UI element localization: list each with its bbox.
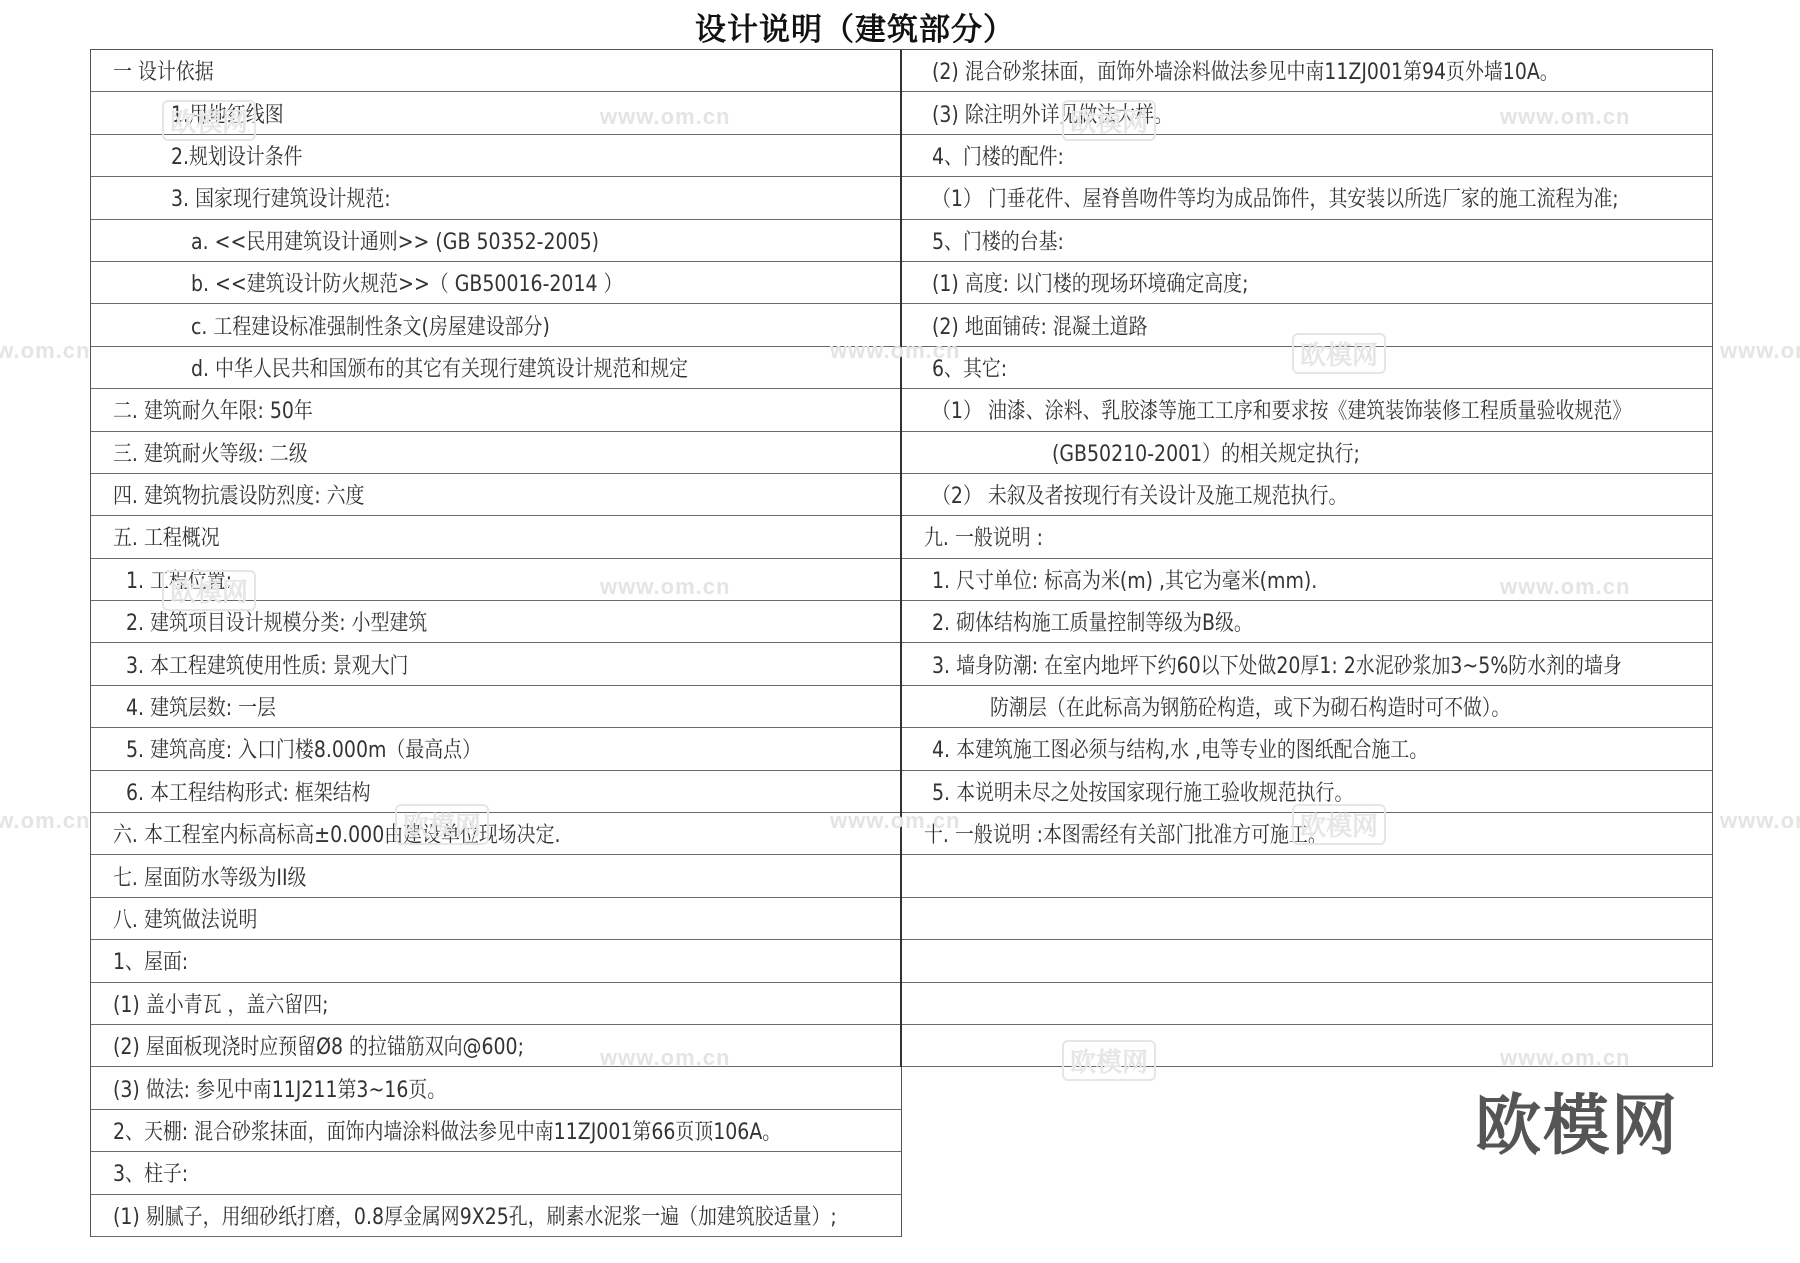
- watermark-url: www.om.cn: [1720, 338, 1800, 364]
- spec-row: 4、门楼的配件:: [902, 135, 1712, 177]
- spec-row-text: 1. 工程位置:: [126, 564, 232, 595]
- spec-row: c. 工程建设标准强制性条文(房屋建设部分): [91, 304, 901, 346]
- spec-row: [902, 940, 1712, 982]
- spec-row: (1) 剔腻子，用细砂纸打磨，0.8厚金属网9X25孔，刷素水泥浆一遍（加建筑胶…: [91, 1195, 901, 1237]
- spec-row: 2、天棚: 混合砂浆抹面，面饰内墙涂料做法参见中南11ZJ001第66页顶106…: [91, 1110, 901, 1152]
- spec-row: （2） 未叙及者按现行有关设计及施工规范执行。: [902, 474, 1712, 516]
- spec-row: 一 设计依据: [91, 50, 901, 92]
- spec-row-text: 6、其它:: [932, 352, 1007, 383]
- watermark-url: www.om.cn: [0, 808, 90, 834]
- spec-row: (GB50210-2001）的相关规定执行;: [902, 432, 1712, 474]
- spec-row: 防潮层（在此标高为钢筋砼构造，或下为砌石构造时可不做）。: [902, 686, 1712, 728]
- spec-row-text: 六. 本工程室内标高标高±0.000由建设单位现场决定.: [113, 818, 561, 849]
- spec-row-text: 防潮层（在此标高为钢筋砼构造，或下为砌石构造时可不做）。: [990, 691, 1510, 722]
- spec-row-text: 4、门楼的配件:: [932, 140, 1064, 171]
- spec-row: 6、其它:: [902, 347, 1712, 389]
- spec-row: 六. 本工程室内标高标高±0.000由建设单位现场决定.: [91, 813, 901, 855]
- spec-row: [902, 898, 1712, 940]
- spec-row-text: 九. 一般说明 :: [924, 521, 1043, 552]
- spec-row-text: 4. 本建筑施工图必须与结构,水 ,电等专业的图纸配合施工。: [932, 733, 1428, 764]
- spec-row-text: 一 设计依据: [113, 55, 214, 86]
- spec-row-text: 2. 砌体结构施工质量控制等级为B级。: [932, 606, 1253, 637]
- spec-row: b. <<建筑设计防火规范>>（ GB50016-2014 ）: [91, 262, 901, 304]
- spec-row-text: 3. 国家现行建筑设计规范:: [171, 182, 391, 213]
- spec-row-text: 1、屋面:: [113, 945, 188, 976]
- spec-row-text: (1) 剔腻子，用细砂纸打磨，0.8厚金属网9X25孔，刷素水泥浆一遍（加建筑胶…: [113, 1200, 837, 1231]
- spec-row: 九. 一般说明 :: [902, 516, 1712, 558]
- spec-row-text: (3) 除注明外详见做法大样。: [932, 98, 1173, 129]
- spec-row-text: 6. 本工程结构形式: 框架结构: [126, 776, 371, 807]
- watermark-url: www.om.cn: [0, 338, 90, 364]
- brand-watermark: 欧模网: [1475, 1072, 1679, 1167]
- spec-row: (3) 做法: 参见中南11J211第3~16页。: [91, 1067, 901, 1109]
- spec-row: 5. 本说明未尽之处按国家现行施工验收规范执行。: [902, 771, 1712, 813]
- spec-row: 1. 工程位置:: [91, 559, 901, 601]
- spec-row-text: (3) 做法: 参见中南11J211第3~16页。: [113, 1073, 446, 1104]
- spec-row: （1） 门垂花件、屋脊兽吻件等均为成品饰件，其安装以所选厂家的施工流程为准;: [902, 177, 1712, 219]
- spec-row-text: c. 工程建设标准强制性条文(房屋建设部分): [191, 310, 550, 341]
- spec-row-text: 1.用地红线图: [171, 98, 284, 129]
- spec-row: 五. 工程概况: [91, 516, 901, 558]
- spec-row: 1. 尺寸单位: 标高为米(m) ,其它为毫米(mm).: [902, 559, 1712, 601]
- spec-row-text: 三. 建筑耐火等级: 二级: [113, 437, 308, 468]
- spec-row: [902, 1025, 1712, 1067]
- spec-row: 2.规划设计条件: [91, 135, 901, 177]
- spec-row-text: 3. 墙身防潮: 在室内地坪下约60以下处做20厚1: 2水泥砂浆加3~5%防水…: [932, 649, 1622, 680]
- spec-row: (3) 除注明外详见做法大样。: [902, 92, 1712, 134]
- spec-row: 十. 一般说明 :本图需经有关部门批准方可施工。: [902, 813, 1712, 855]
- spec-row-text: (2) 混合砂浆抹面，面饰外墙涂料做法参见中南11ZJ001第94页外墙10A。: [932, 55, 1559, 86]
- spec-row-text: a. <<民用建筑设计通则>> (GB 50352-2005): [191, 225, 599, 256]
- spec-row: a. <<民用建筑设计通则>> (GB 50352-2005): [91, 220, 901, 262]
- watermark-url: www.om.cn: [1720, 808, 1800, 834]
- spec-row: (2) 混合砂浆抹面，面饰外墙涂料做法参见中南11ZJ001第94页外墙10A。: [902, 50, 1712, 92]
- spec-row-text: （2） 未叙及者按现行有关设计及施工规范执行。: [932, 479, 1347, 510]
- spec-row: 4. 本建筑施工图必须与结构,水 ,电等专业的图纸配合施工。: [902, 728, 1712, 770]
- spec-row: 二. 建筑耐久年限: 50年: [91, 389, 901, 431]
- spec-row: 3. 本工程建筑使用性质: 景观大门: [91, 643, 901, 685]
- spec-row: （1） 油漆、涂料、乳胶漆等施工工序和要求按《建筑装饰装修工程质量验收规范》: [902, 389, 1712, 431]
- spec-row-text: (1) 盖小青瓦 ，盖六留四;: [113, 988, 328, 1019]
- spec-row-text: b. <<建筑设计防火规范>>（ GB50016-2014 ）: [191, 267, 622, 298]
- spec-row: 四. 建筑物抗震设防烈度: 六度: [91, 474, 901, 516]
- spec-row: 2. 建筑项目设计规模分类: 小型建筑: [91, 601, 901, 643]
- spec-row: (2) 地面铺砖: 混凝土道路: [902, 304, 1712, 346]
- spec-row-text: 5. 建筑高度: 入口门楼8.000m（最高点）: [126, 733, 481, 764]
- spec-row: 3. 墙身防潮: 在室内地坪下约60以下处做20厚1: 2水泥砂浆加3~5%防水…: [902, 643, 1712, 685]
- spec-row: 5. 建筑高度: 入口门楼8.000m（最高点）: [91, 728, 901, 770]
- spec-row: 4. 建筑层数: 一层: [91, 686, 901, 728]
- spec-row-text: 七. 屋面防水等级为II级: [113, 861, 306, 892]
- spec-row: 七. 屋面防水等级为II级: [91, 855, 901, 897]
- spec-row-text: 十. 一般说明 :本图需经有关部门批准方可施工。: [924, 818, 1327, 849]
- spec-row: 5、门楼的台基:: [902, 220, 1712, 262]
- spec-row: (1) 高度: 以门楼的现场环境确定高度;: [902, 262, 1712, 304]
- right-spec-column: (2) 混合砂浆抹面，面饰外墙涂料做法参见中南11ZJ001第94页外墙10A。…: [900, 49, 1713, 1067]
- spec-row-text: 3. 本工程建筑使用性质: 景观大门: [126, 649, 408, 680]
- spec-row-text: 5、门楼的台基:: [932, 225, 1064, 256]
- spec-row-text: （1） 门垂花件、屋脊兽吻件等均为成品饰件，其安装以所选厂家的施工流程为准;: [932, 182, 1619, 213]
- spec-row-text: (1) 高度: 以门楼的现场环境确定高度;: [932, 267, 1248, 298]
- spec-row-text: 五. 工程概况: [113, 521, 220, 552]
- spec-row-text: (2) 地面铺砖: 混凝土道路: [932, 310, 1147, 341]
- spec-row-text: 2、天棚: 混合砂浆抹面，面饰内墙涂料做法参见中南11ZJ001第66页顶106…: [113, 1115, 781, 1146]
- spec-row: 6. 本工程结构形式: 框架结构: [91, 771, 901, 813]
- spec-row: 八. 建筑做法说明: [91, 898, 901, 940]
- spec-row: (1) 盖小青瓦 ，盖六留四;: [91, 983, 901, 1025]
- spec-row: [902, 983, 1712, 1025]
- spec-row-text: 四. 建筑物抗震设防烈度: 六度: [113, 479, 364, 510]
- spec-row-text: 八. 建筑做法说明: [113, 903, 257, 934]
- spec-row-text: 二. 建筑耐久年限: 50年: [113, 394, 313, 425]
- spec-row-text: (2) 屋面板现浇时应预留Ø8 的拉锚筋双向@600;: [113, 1030, 524, 1061]
- spec-row: (2) 屋面板现浇时应预留Ø8 的拉锚筋双向@600;: [91, 1025, 901, 1067]
- spec-row: 2. 砌体结构施工质量控制等级为B级。: [902, 601, 1712, 643]
- spec-row: 3. 国家现行建筑设计规范:: [91, 177, 901, 219]
- spec-row: d. 中华人民共和国颁布的其它有关现行建筑设计规范和规定: [91, 347, 901, 389]
- spec-row-text: 4. 建筑层数: 一层: [126, 691, 276, 722]
- left-spec-column: 一 设计依据1.用地红线图2.规划设计条件3. 国家现行建筑设计规范:a. <<…: [90, 49, 902, 1237]
- page-title: 设计说明（建筑部分）: [0, 4, 1710, 49]
- spec-row-text: (GB50210-2001）的相关规定执行;: [1052, 437, 1360, 468]
- spec-row-text: 2.规划设计条件: [171, 140, 303, 171]
- spec-row-text: 3、柱子:: [113, 1157, 188, 1188]
- spec-row-text: 2. 建筑项目设计规模分类: 小型建筑: [126, 606, 427, 637]
- spec-row: [902, 855, 1712, 897]
- spec-row-text: 1. 尺寸单位: 标高为米(m) ,其它为毫米(mm).: [932, 564, 1317, 595]
- spec-row: 1.用地红线图: [91, 92, 901, 134]
- spec-row-text: （1） 油漆、涂料、乳胶漆等施工工序和要求按《建筑装饰装修工程质量验收规范》: [932, 394, 1631, 425]
- spec-row: 3、柱子:: [91, 1152, 901, 1194]
- spec-row: 三. 建筑耐火等级: 二级: [91, 432, 901, 474]
- spec-row: 1、屋面:: [91, 940, 901, 982]
- spec-row-text: d. 中华人民共和国颁布的其它有关现行建筑设计规范和规定: [191, 352, 688, 383]
- spec-row-text: 5. 本说明未尽之处按国家现行施工验收规范执行。: [932, 776, 1353, 807]
